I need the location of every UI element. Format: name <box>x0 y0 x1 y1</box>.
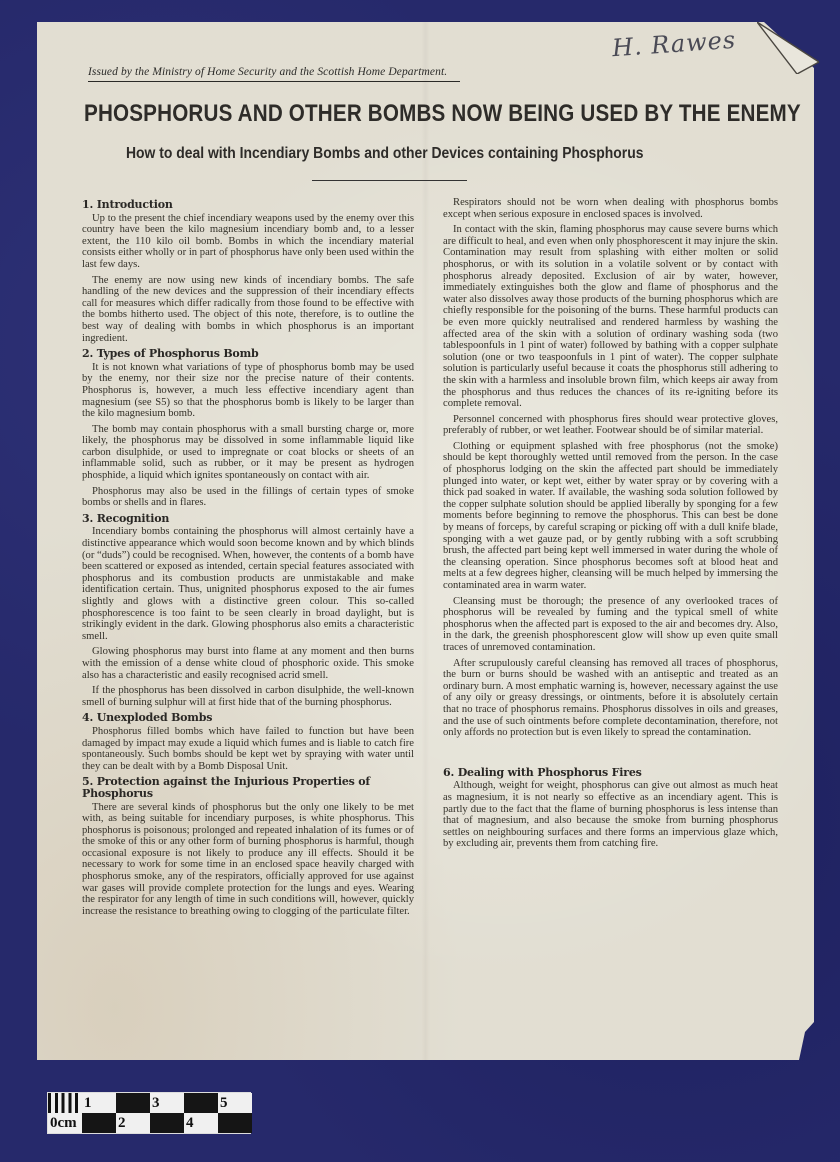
section-unexploded-bombs: 4. Unexploded Bombs Phosphorus filled bo… <box>82 712 414 772</box>
section-heading: 3. Recognition <box>82 513 414 525</box>
paragraph: Phosphorus filled bombs which have faile… <box>82 726 414 772</box>
paragraph: Glowing phosphorus may burst into flame … <box>82 646 414 681</box>
millimetre-ticks <box>48 1093 82 1113</box>
paragraph: The bomb may contain phosphorus with a s… <box>82 424 414 482</box>
paragraph: Up to the present the chief incendiary w… <box>82 213 414 271</box>
section-phosphorus-fires: 6. Dealing with Phosphorus Fires Althoug… <box>443 767 778 850</box>
left-column: 1. Introduction Up to the present the ch… <box>82 197 414 921</box>
scale-label: 1 <box>82 1093 116 1113</box>
paragraph: Phosphorus may also be used in the filli… <box>82 486 414 509</box>
section-heading: 2. Types of Phosphorus Bomb <box>82 348 414 360</box>
paragraph: In contact with the skin, flaming phosph… <box>443 224 778 410</box>
paragraph: The enemy are now using new kinds of inc… <box>82 275 414 345</box>
scale-label: 3 <box>150 1093 184 1113</box>
measurement-scale-bar: 1 3 5 0cm 2 4 <box>47 1092 251 1134</box>
paragraph: Personnel concerned with phosphorus fire… <box>443 414 778 437</box>
section-heading: 6. Dealing with Phosphorus Fires <box>443 767 778 779</box>
section-types-of-bomb: 2. Types of Phosphorus Bomb It is not kn… <box>82 348 414 509</box>
right-column: Respirators should not be worn when deal… <box>443 197 778 854</box>
page-subtitle: How to deal with Incendiary Bombs and ot… <box>126 145 665 163</box>
section-introduction: 1. Introduction Up to the present the ch… <box>82 199 414 344</box>
scale-block <box>184 1093 218 1113</box>
paragraph: If the phosphorus has been dissolved in … <box>82 685 414 708</box>
paragraph: It is not known what variations of type … <box>82 362 414 420</box>
section-heading: 1. Introduction <box>82 199 414 211</box>
section-recognition: 3. Recognition Incendiary bombs containi… <box>82 513 414 709</box>
issuing-authority: Issued by the Ministry of Home Security … <box>88 66 460 82</box>
section-heading: 5. Protection against the Injurious Prop… <box>82 776 414 799</box>
section-heading: 4. Unexploded Bombs <box>82 712 414 724</box>
scale-block <box>116 1093 150 1113</box>
title-divider <box>312 180 467 181</box>
section-protection-continued: Respirators should not be worn when deal… <box>443 197 778 739</box>
scale-label: 5 <box>218 1093 252 1113</box>
paragraph: Although, weight for weight, phosphorus … <box>443 780 778 850</box>
scale-label: 2 <box>116 1113 150 1133</box>
scale-block <box>82 1113 116 1133</box>
scale-label: 4 <box>184 1113 218 1133</box>
paragraph: Cleansing must be thorough; the presence… <box>443 596 778 654</box>
scale-block <box>218 1113 252 1133</box>
paragraph: Respirators should not be worn when deal… <box>443 197 778 220</box>
paragraph: After scrupulously careful cleansing has… <box>443 658 778 739</box>
scale-label: 0cm <box>48 1113 82 1133</box>
paragraph: Incendiary bombs containing the phosphor… <box>82 526 414 642</box>
paragraph: There are several kinds of phosphorus bu… <box>82 802 414 918</box>
scale-block <box>150 1113 184 1133</box>
page-title: PHOSPHORUS AND OTHER BOMBS NOW BEING USE… <box>84 100 686 128</box>
spacer <box>443 743 778 765</box>
paragraph: Clothing or equipment splashed with free… <box>443 441 778 592</box>
section-protection: 5. Protection against the Injurious Prop… <box>82 776 414 917</box>
